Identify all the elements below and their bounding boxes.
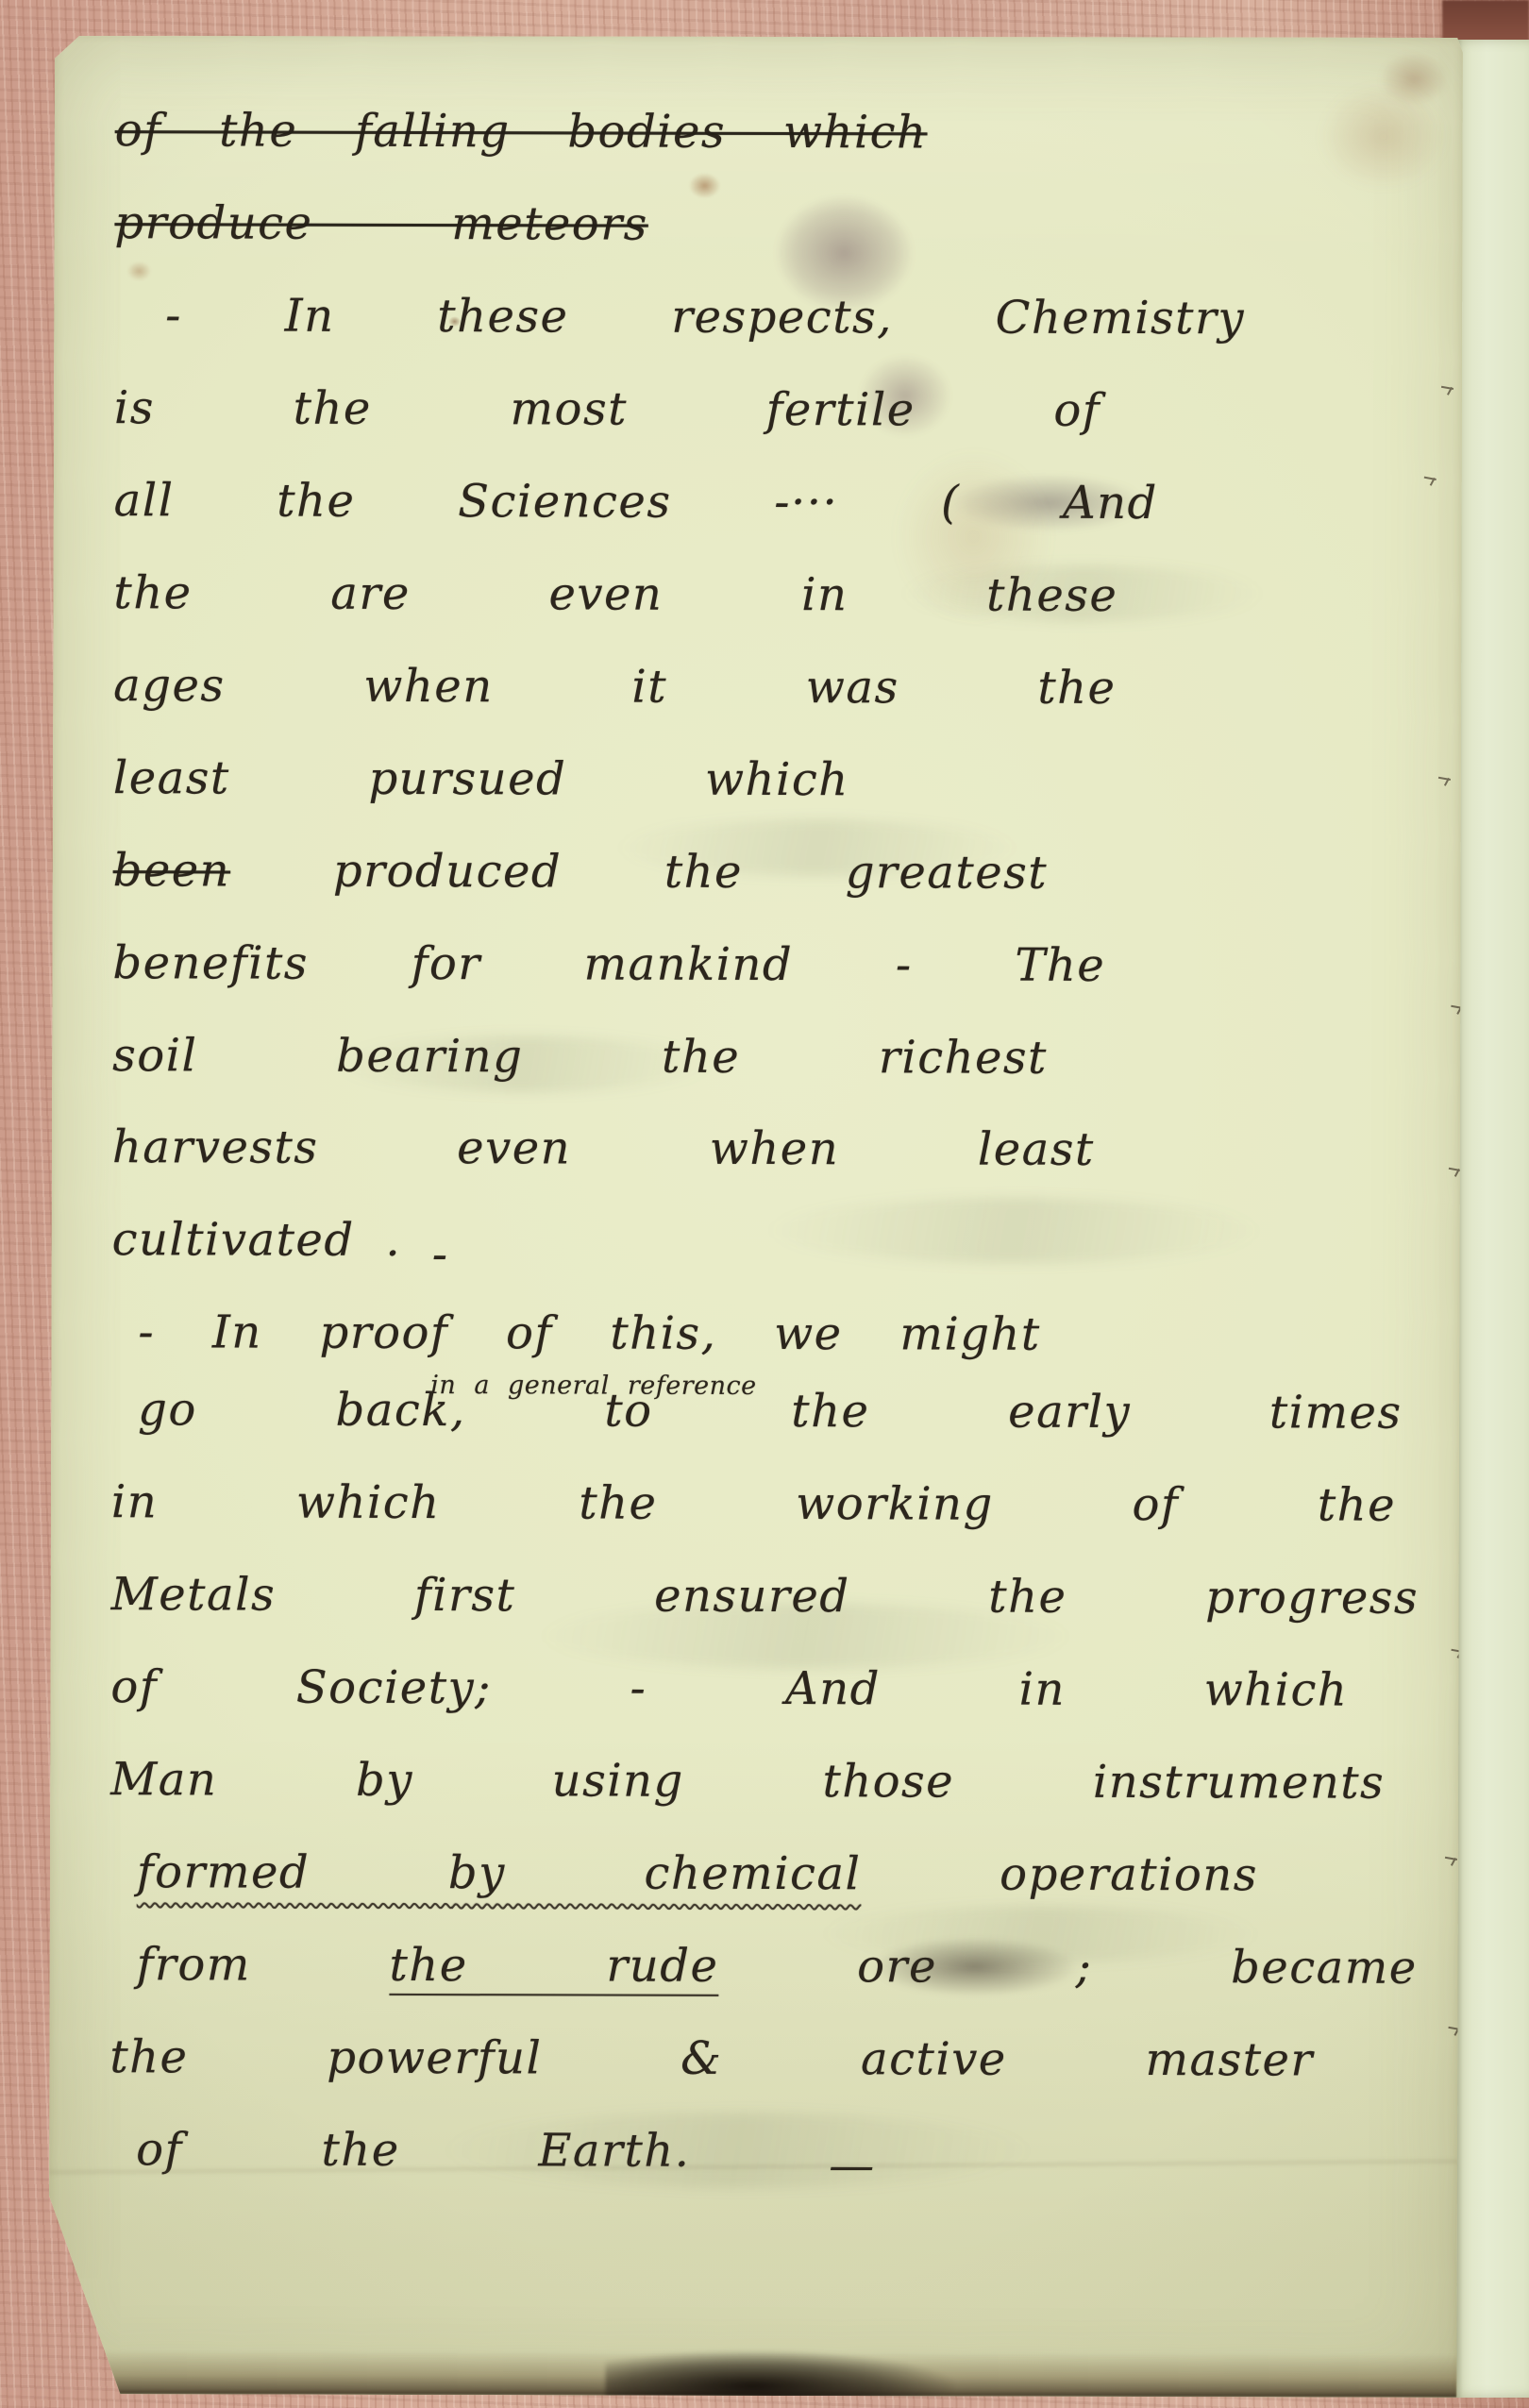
manuscript-text: benefits for mankind - The [112,936,1105,992]
manuscript-line: from the rude ore ; became [137,1942,1396,1991]
manuscript-line: formed by chemical operations [137,1849,1396,1898]
binding-mark [1424,476,1439,487]
manuscript-text: - In proof of this, we might [138,1306,1040,1362]
manuscript-line: the are even in these [113,570,1399,620]
manuscript-line: cultivated . - [112,1218,1398,1268]
brown-smear [1370,45,1457,113]
manuscript-text-underline: the rude [389,1939,718,1993]
manuscript-text: the are even in these [113,566,1117,622]
manuscript-text: least pursued which [113,751,849,806]
manuscript-text: produced the greatest [333,844,1048,899]
manuscript-text: ages when it was the [113,659,1116,715]
manuscript-line: of Society; - And in which [110,1664,1396,1714]
manuscript-text: the powerful & active master [109,2030,1314,2086]
manuscript-text: harvests even when least [112,1121,1095,1177]
binding-mark [1445,1856,1460,1867]
manuscript-text-wavy: formed by chemical [137,1845,862,1900]
manuscript-line: the powerful & active master [109,2034,1395,2084]
manuscript-text: became [1231,1941,1418,1995]
manuscript-text: operations [1000,1847,1258,1901]
manuscript-text-smudged-dark: ore ; [857,1940,1092,1994]
manuscript-text: cultivated . [112,1214,402,1268]
manuscript-line: go back, to the early times [138,1387,1397,1436]
manuscript-line: in which the working of the [111,1479,1397,1529]
manuscript-photo: of the falling bodies which produce mete… [0,0,1529,2408]
manuscript-text: Metals first ensured the progress [111,1568,1420,1625]
manuscript-text: soil bearing the richest [112,1029,1048,1085]
manuscript-lines: of the falling bodies which produce mete… [109,108,1401,2222]
manuscript-line: of the falling bodies which [115,108,1401,158]
manuscript-text: - In these respects, Chemistry [165,289,1245,345]
manuscript-text-struck: produce meteors [114,196,648,250]
manuscript-line: been produced the greatest [113,848,1399,898]
ink-blot-bottom [605,2350,954,2402]
manuscript-text: all the Sciences -··· [114,474,839,529]
manuscript-line: ages when it was the [113,663,1399,713]
manuscript-line: produce meteors [114,200,1400,250]
manuscript-text: in which the working of the [111,1475,1396,1532]
manuscript-line: Metals first ensured the progress [111,1572,1397,1622]
binding-mark [1441,385,1456,396]
manuscript-line: harvests even when least [112,1125,1398,1175]
manuscript-text: of Society; - And in which [110,1660,1348,1716]
manuscript-text-struck: of the falling bodies which [115,104,928,159]
wood-dark-corner [1442,0,1529,42]
manuscript-text-smudged: ( And [941,476,1158,530]
manuscript-text: from [137,1938,251,1991]
manuscript-page: of the falling bodies which produce mete… [48,34,1463,2398]
manuscript-text: Man by using those instruments [110,1753,1385,1810]
manuscript-text-struck: been [113,844,231,897]
manuscript-line: benefits for mankind - The [112,940,1398,990]
underlying-page-edge [1452,40,1529,2398]
manuscript-line: - In proof of this, we might [138,1310,1397,1359]
manuscript-text-flourish: - [432,1232,449,1278]
manuscript-line: least pursued which [113,755,1399,805]
manuscript-line: - In these respects, Chemistry [165,293,1400,342]
manuscript-text: go back, to the early times [138,1383,1403,1440]
manuscript-line: all the Sciences -··· ( And [114,478,1400,528]
manuscript-line: Man by using those instruments [110,1757,1396,1807]
manuscript-line: is the most fertile of [114,385,1400,435]
binding-mark [1438,776,1453,787]
manuscript-line: soil bearing the richest [112,1033,1398,1083]
manuscript-text: is the most fertile of [114,381,1101,437]
